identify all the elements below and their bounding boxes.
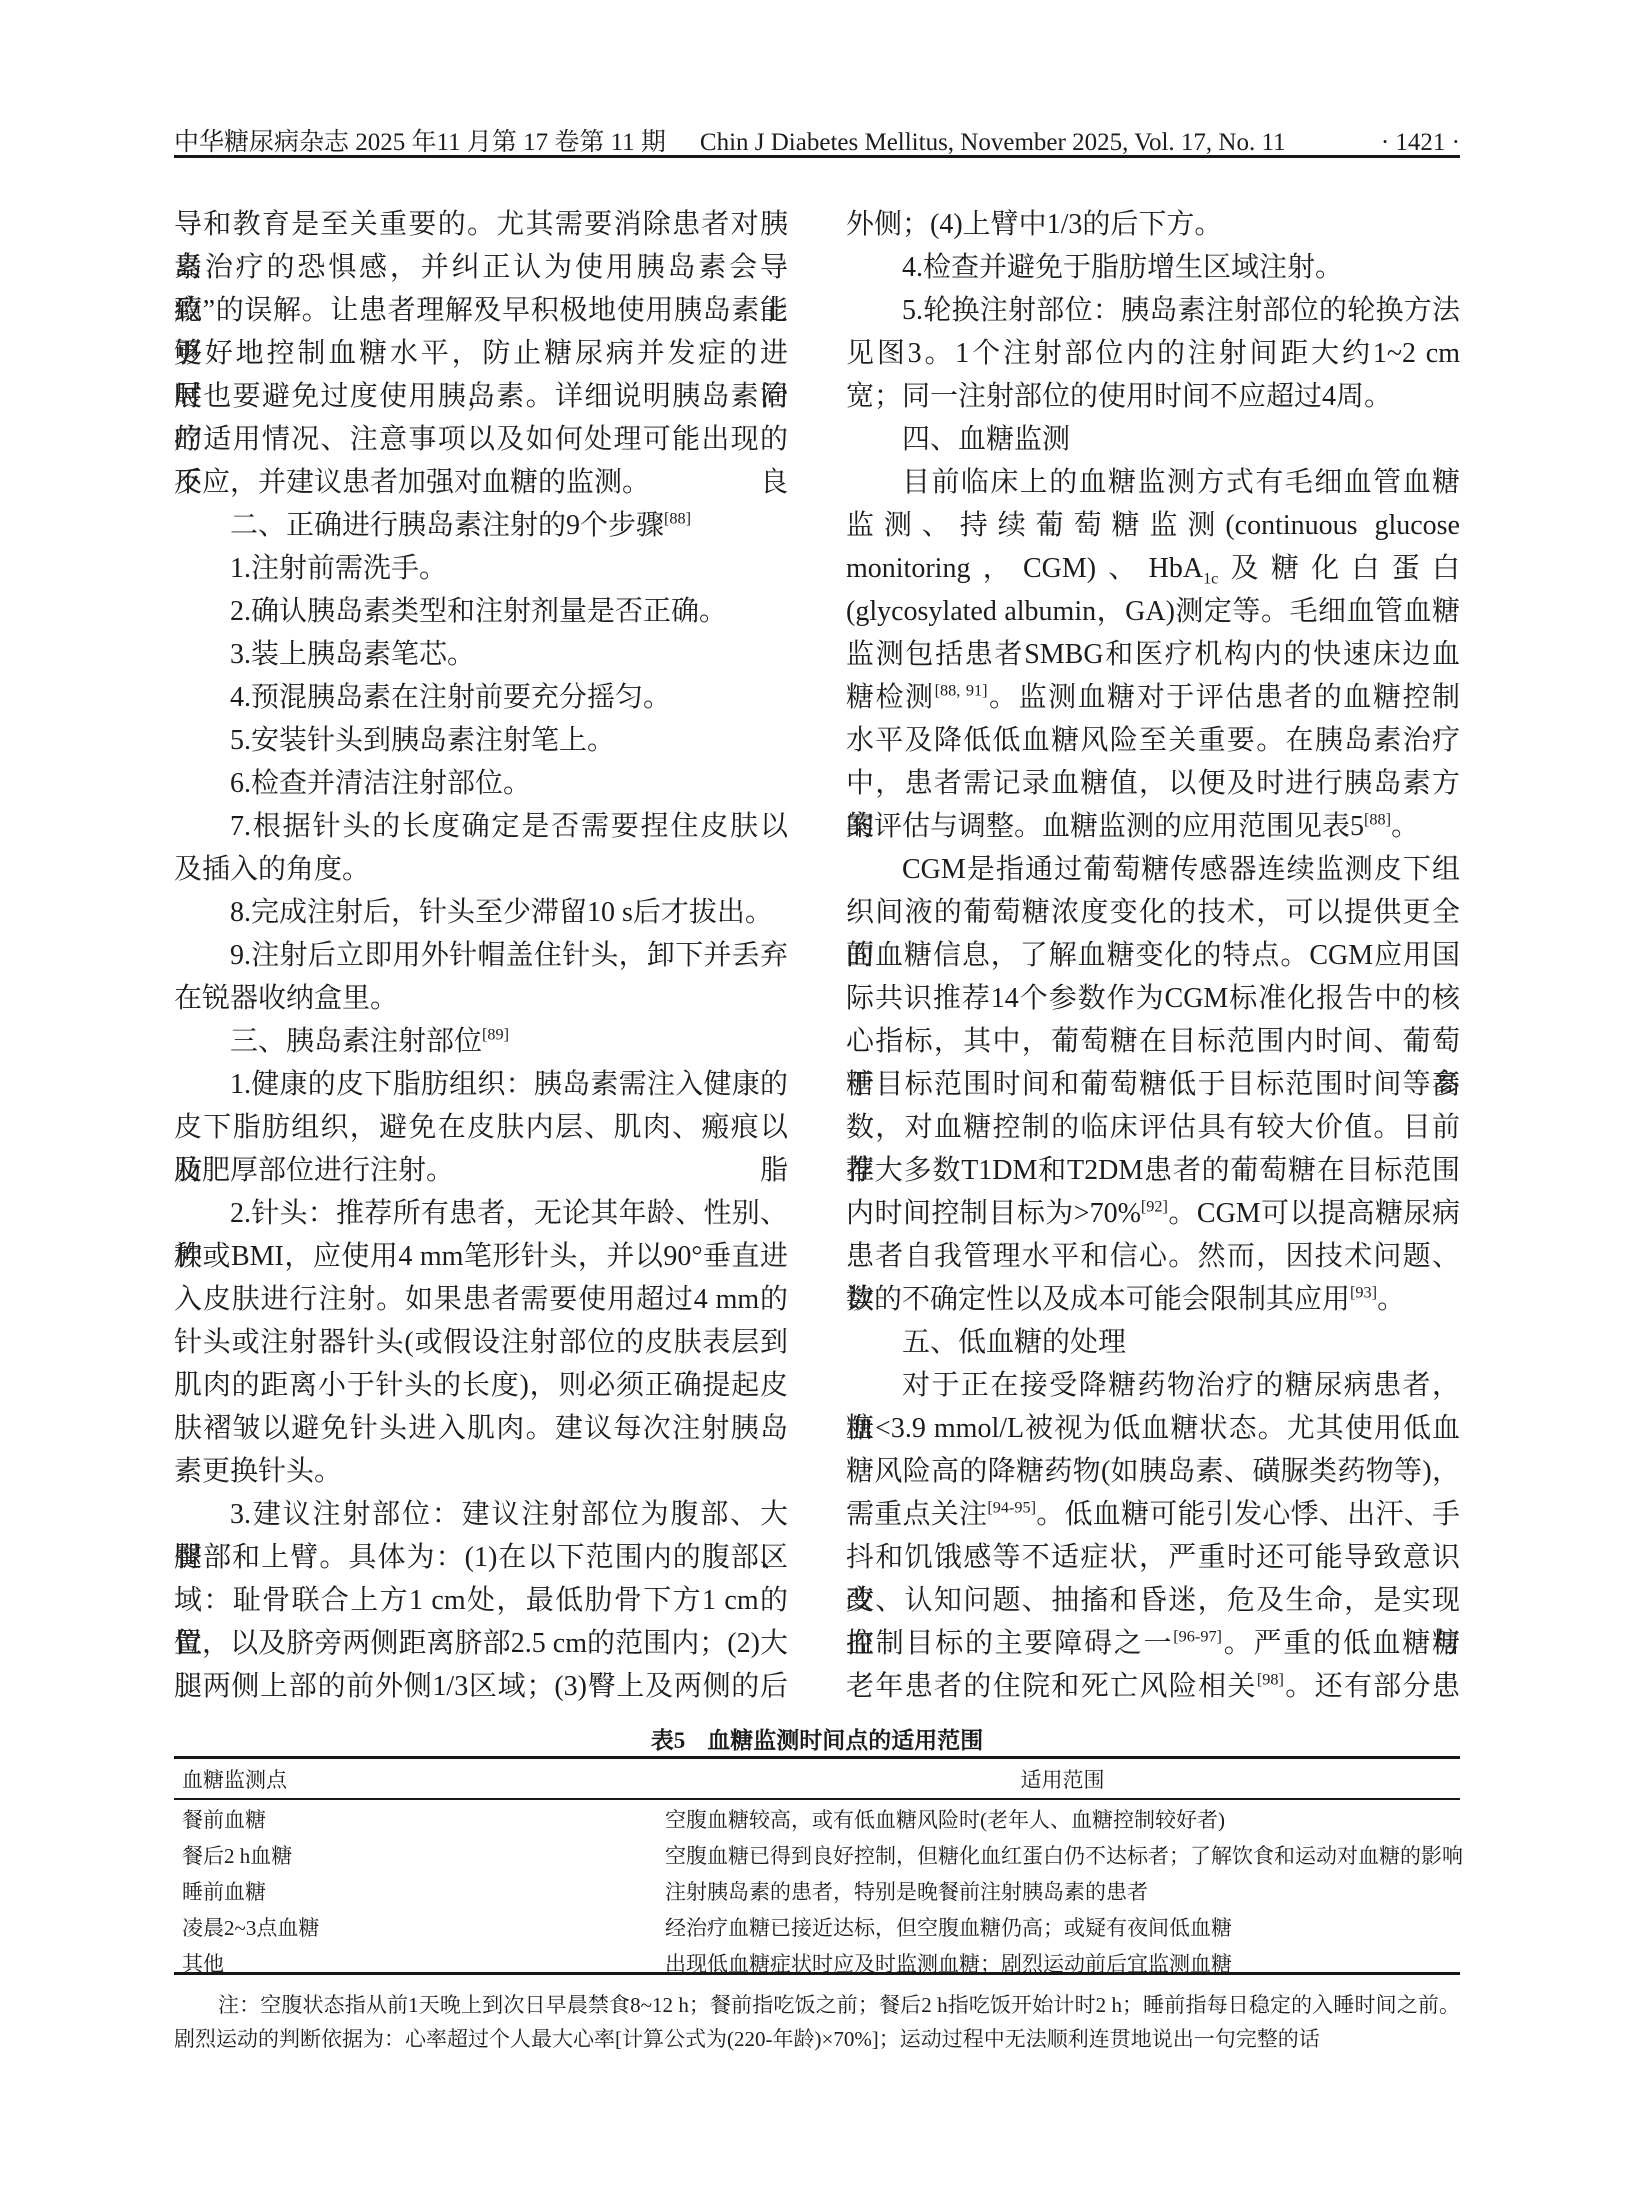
- text-line: 置，以及脐旁两侧距离脐部2.5 cm的范围内；(2)大: [174, 1622, 788, 1665]
- text-line: 在锐器收纳盒里。: [174, 977, 788, 1020]
- page-header: 中华糖尿病杂志 2025 年11 月第 17 卷第 11 期Chin J Dia…: [174, 122, 1460, 158]
- journal-title-cn: 中华糖尿病杂志 2025 年11 月第 17 卷第 11 期: [174, 129, 666, 156]
- text-line: 织间液的葡萄糖浓度变化的技术，可以提供更全面: [846, 891, 1460, 934]
- text-line: 及插入的角度。: [174, 848, 788, 891]
- text-line: 变、认知问题、抽搐和昏迷，危及生命，是实现血糖: [846, 1579, 1460, 1622]
- table-header-row: 血糖监测点 适用范围: [174, 1764, 1460, 1798]
- text-line: 9.注射后立即用外针帽盖住针头，卸下并丢弃: [174, 934, 788, 977]
- text-line: 水平及降低低血糖风险至关重要。在胰岛素治疗: [846, 719, 1460, 762]
- text-line: 见图3。1个注射部位内的注射间距大约1~2 cm: [846, 332, 1460, 375]
- text-line: 目前临床上的血糖监测方式有毛细血管血糖: [846, 461, 1460, 504]
- table-top-rule: [174, 1756, 1460, 1759]
- text-line: 四、血糖监测: [846, 418, 1460, 461]
- table-cell-monitoring-point: 凌晨2~3点血糖: [182, 1912, 319, 1942]
- text-line: 2.确认胰岛素类型和注射剂量是否正确。: [174, 590, 788, 633]
- text-line: 更好地控制血糖水平，防止糖尿病并发症的进展，同: [174, 332, 788, 375]
- text-line: 皮下脂肪组织，避免在皮肤内层、肌肉、瘢痕以及脂: [174, 1106, 788, 1149]
- text-line: 宽；同一注射部位的使用时间不应超过4周。: [846, 375, 1460, 418]
- table-cell-monitoring-point: 餐后2 h血糖: [182, 1840, 292, 1870]
- text-line: 族或BMI，应使用4 mm笔形针头，并以90°垂直进: [174, 1235, 788, 1278]
- text-line: 3.建议注射部位：建议注射部位为腹部、大腿、: [174, 1493, 788, 1536]
- table-cell-scope: 经治疗血糖已接近达标，但空腹血糖仍高；或疑有夜间低血糖: [665, 1912, 1460, 1942]
- text-line: 控制目标的主要障碍之一[96-97]。严重的低血糖与: [846, 1622, 1460, 1665]
- table-title: 表5血糖监测时间点的适用范围: [174, 1722, 1460, 1755]
- text-line: 心指标，其中，葡萄糖在目标范围内时间、葡萄糖高: [846, 1020, 1460, 1063]
- table-title-label: 表5: [651, 1728, 686, 1753]
- text-line: 三、胰岛素注射部位[89]: [174, 1020, 788, 1063]
- text-line: 抖和饥饿感等不适症状，严重时还可能导致意识改: [846, 1536, 1460, 1579]
- table-row: 餐后2 h血糖空腹血糖已得到良好控制，但糖化血红蛋白仍不达标者；了解饮食和运动对…: [174, 1840, 1460, 1876]
- text-line: 域：耻骨联合上方1 cm处，最低肋骨下方1 cm的位: [174, 1579, 788, 1622]
- text-column-left: 导和教育是至关重要的。尤其需要消除患者对胰岛素治疗的恐惧感，并纠正认为使用胰岛素…: [174, 203, 788, 1708]
- text-line: (glycosylated albumin，GA)测定等。毛细血管血糖: [846, 590, 1460, 633]
- text-line: 素治疗的恐惧感，并纠正认为使用胰岛素会导致“上: [174, 246, 788, 289]
- text-line: 老年患者的住院和死亡风险相关[98]。还有部分患: [846, 1665, 1460, 1708]
- table-title-text: 血糖监测时间点的适用范围: [707, 1728, 983, 1753]
- table-header-rule: [174, 1798, 1460, 1800]
- text-line: CGM是指通过葡萄糖传感器连续监测皮下组: [846, 848, 1460, 891]
- text-line: 外侧；(4)上臂中1/3的后下方。: [846, 203, 1460, 246]
- journal-title-en: Chin J Diabetes Mellitus, November 2025,…: [700, 129, 1286, 156]
- table-row: 餐前血糖空腹血糖较高，或有低血糖风险时(老年人、血糖控制较好者): [174, 1804, 1460, 1840]
- text-line: 际共识推荐14个参数作为CGM标准化报告中的核: [846, 977, 1460, 1020]
- text-line: 荐大多数T1DM和T2DM患者的葡萄糖在目标范围: [846, 1149, 1460, 1192]
- table-col2-header: 适用范围: [665, 1764, 1460, 1794]
- text-line: 时也要避免过度使用胰岛素。详细说明胰岛素治疗: [174, 375, 788, 418]
- text-line: 3.装上胰岛素笔芯。: [174, 633, 788, 676]
- table-note: 注：空腹状态指从前1天晚上到次日早晨禁食8~12 h；餐前指吃饭之前；餐后2 h…: [174, 1988, 1460, 2056]
- text-line: 入皮肤进行注射。如果患者需要使用超过4 mm的: [174, 1278, 788, 1321]
- text-line: 瘾”的误解。让患者理解及早积极地使用胰岛素能够: [174, 289, 788, 332]
- text-line: 5.轮换注射部位：胰岛素注射部位的轮换方法: [846, 289, 1460, 332]
- header-divider: [174, 155, 1460, 158]
- text-line: 需重点关注[94-95]。低血糖可能引发心悸、出汗、手: [846, 1493, 1460, 1536]
- text-line: 的评估与调整。血糖监测的应用范围见表5[88]。: [846, 805, 1460, 848]
- text-column-right: 外侧；(4)上臂中1/3的后下方。4.检查并避免于脂肪增生区域注射。5.轮换注射…: [846, 203, 1460, 1708]
- table-cell-monitoring-point: 餐前血糖: [182, 1804, 266, 1834]
- text-line: 1.健康的皮下脂肪组织：胰岛素需注入健康的: [174, 1063, 788, 1106]
- text-line: 数的不确定性以及成本可能会限制其应用[93]。: [846, 1278, 1460, 1321]
- text-line: 于目标范围时间和葡萄糖低于目标范围时间等参: [846, 1063, 1460, 1106]
- text-line: 糖<3.9 mmol/L被视为低血糖状态。尤其使用低血: [846, 1407, 1460, 1450]
- text-line: 的血糖信息，了解血糖变化的特点。CGM应用国: [846, 934, 1460, 977]
- text-line: 素更换针头。: [174, 1450, 788, 1493]
- text-line: 监测包括患者SMBG和医疗机构内的快速床边血: [846, 633, 1460, 676]
- journal-running-title: 中华糖尿病杂志 2025 年11 月第 17 卷第 11 期Chin J Dia…: [174, 122, 1286, 158]
- text-line: 患者自我管理水平和信心。然而，因技术问题、读: [846, 1235, 1460, 1278]
- table-cell-scope: 空腹血糖已得到良好控制，但糖化血红蛋白仍不达标者；了解饮食和运动对血糖的影响: [665, 1840, 1460, 1870]
- table-row: 其他出现低血糖症状时应及时监测血糖；剧烈运动前后宜监测血糖: [174, 1948, 1460, 1984]
- text-line: 1.注射前需洗手。: [174, 547, 788, 590]
- text-line: 臀部和上臂。具体为：(1)在以下范围内的腹部区: [174, 1536, 788, 1579]
- text-line: 二、正确进行胰岛素注射的9个步骤[88]: [174, 504, 788, 547]
- text-line: 监测、持续葡萄糖监测(continuous glucose: [846, 504, 1460, 547]
- table-row: 睡前血糖注射胰岛素的患者，特别是晚餐前注射胰岛素的患者: [174, 1876, 1460, 1912]
- text-line: monitoring，CGM)、HbA1c及糖化白蛋白: [846, 547, 1460, 590]
- text-line: 注：空腹状态指从前1天晚上到次日早晨禁食8~12 h；餐前指吃饭之前；餐后2 h…: [174, 1988, 1460, 2022]
- page-number: · 1421 ·: [1381, 129, 1460, 157]
- text-line: 2.针头：推荐所有患者，无论其年龄、性别、种: [174, 1192, 788, 1235]
- text-line: 针头或注射器针头(或假设注射部位的皮肤表层到: [174, 1321, 788, 1364]
- text-line: 剧烈运动的判断依据为：心率超过个人最大心率[计算公式为(220-年龄)×70%]…: [174, 2022, 1460, 2056]
- text-line: 导和教育是至关重要的。尤其需要消除患者对胰岛: [174, 203, 788, 246]
- table-cell-monitoring-point: 睡前血糖: [182, 1876, 266, 1906]
- table-row: 凌晨2~3点血糖经治疗血糖已接近达标，但空腹血糖仍高；或疑有夜间低血糖: [174, 1912, 1460, 1948]
- text-line: 糖风险高的降糖药物(如胰岛素、磺脲类药物等)，: [846, 1450, 1460, 1493]
- table-col1-header: 血糖监测点: [182, 1764, 287, 1794]
- text-line: 4.预混胰岛素在注射前要充分摇匀。: [174, 676, 788, 719]
- table-cell-scope: 注射胰岛素的患者，特别是晚餐前注射胰岛素的患者: [665, 1876, 1460, 1906]
- text-line: 的适用情况、注意事项以及如何处理可能出现的不良: [174, 418, 788, 461]
- text-line: 糖检测[88, 91]。监测血糖对于评估患者的血糖控制: [846, 676, 1460, 719]
- text-line: 中，患者需记录血糖值，以便及时进行胰岛素方案: [846, 762, 1460, 805]
- text-line: 8.完成注射后，针头至少滞留10 s后才拔出。: [174, 891, 788, 934]
- text-line: 腿两侧上部的前外侧1/3区域；(3)臀上及两侧的后: [174, 1665, 788, 1708]
- table-body: 餐前血糖空腹血糖较高，或有低血糖风险时(老年人、血糖控制较好者)餐后2 h血糖空…: [174, 1804, 1460, 1984]
- table-bottom-rule: [174, 1972, 1460, 1975]
- text-line: 肌肉的距离小于针头的长度)，则必须正确提起皮: [174, 1364, 788, 1407]
- text-line: 内时间控制目标为>70%[92]。CGM可以提高糖尿病: [846, 1192, 1460, 1235]
- text-line: 对于正在接受降糖药物治疗的糖尿病患者，血: [846, 1364, 1460, 1407]
- journal-page: 中华糖尿病杂志 2025 年11 月第 17 卷第 11 期Chin J Dia…: [0, 0, 1633, 2200]
- text-line: 数，对血糖控制的临床评估具有较大价值。目前推: [846, 1106, 1460, 1149]
- text-line: 6.检查并清洁注射部位。: [174, 762, 788, 805]
- text-line: 五、低血糖的处理: [846, 1321, 1460, 1364]
- text-line: 4.检查并避免于脂肪增生区域注射。: [846, 246, 1460, 289]
- text-line: 5.安装针头到胰岛素注射笔上。: [174, 719, 788, 762]
- text-line: 7.根据针头的长度确定是否需要捏住皮肤以: [174, 805, 788, 848]
- table-cell-scope: 空腹血糖较高，或有低血糖风险时(老年人、血糖控制较好者): [665, 1804, 1460, 1834]
- text-line: 肤褶皱以避免针头进入肌肉。建议每次注射胰岛: [174, 1407, 788, 1450]
